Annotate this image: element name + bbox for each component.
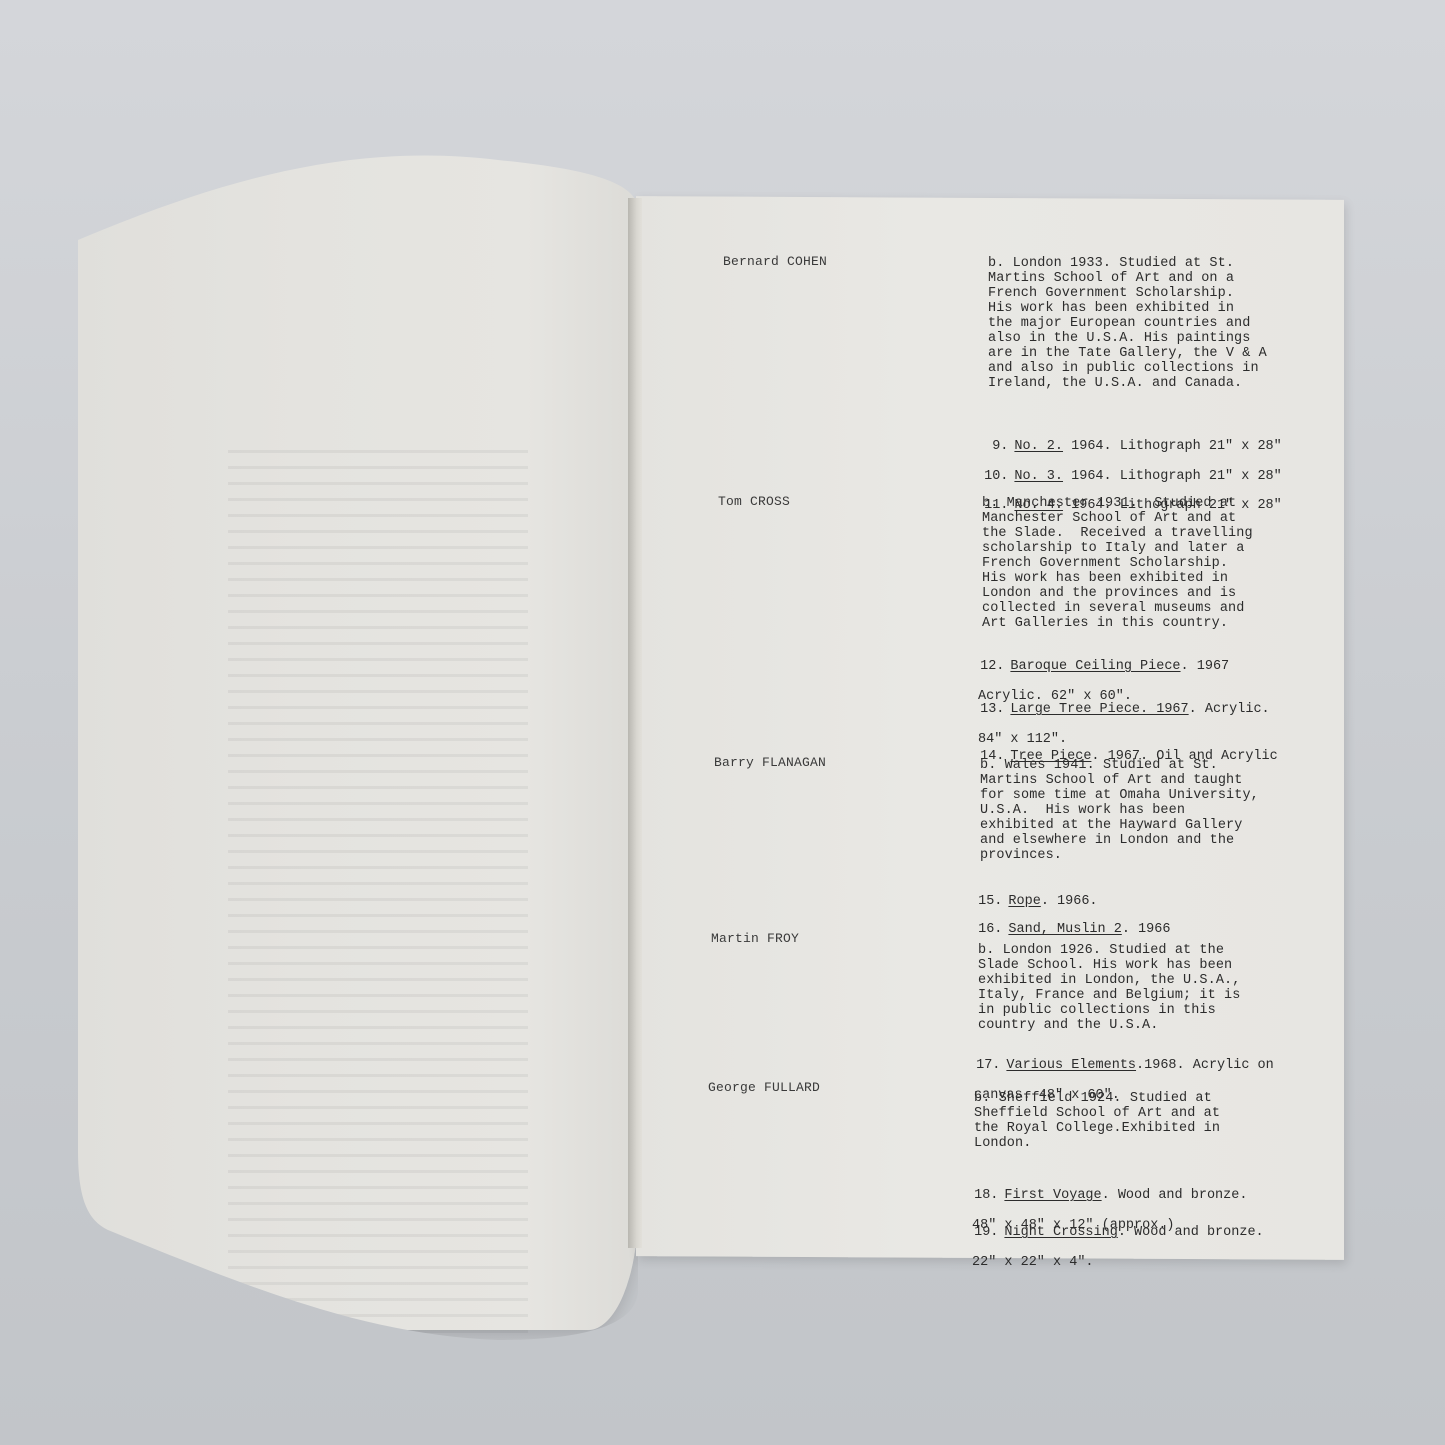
work-details: .1968. Acrylic on [1136, 1058, 1274, 1073]
work-details: . Acrylic. [1189, 702, 1270, 717]
work-title: Baroque Ceiling Piece [1010, 659, 1180, 674]
artist-bio: b. Wales 1941. Studied at St. Martins Sc… [980, 758, 1259, 863]
work-details: 1964. Lithograph 21" x 28" [1063, 439, 1282, 454]
work-title: Various Elements [1006, 1058, 1136, 1073]
work-details: . 1967 [1181, 659, 1230, 674]
entry-number: 16. [970, 922, 1002, 937]
work-title: No. 3. [1014, 469, 1063, 484]
artist-bio: b. Sheffield 1924. Studied at Sheffield … [974, 1091, 1220, 1151]
entry-number: 18. [966, 1188, 998, 1203]
artist-bio: b. Manchester 1931. Studied at Mancheste… [982, 496, 1253, 631]
work-title: Sand, Muslin 2 [1008, 922, 1121, 937]
work-title: No. 2. [1014, 439, 1063, 454]
artist-name: George FULLARD [708, 1080, 820, 1095]
artist-name: Barry FLANAGAN [714, 755, 826, 770]
entry-number: 9. [976, 439, 1008, 454]
work-details-line2: 22" x 22" x 4". [934, 1255, 1264, 1270]
work-details: . Wood and bronze. [1118, 1225, 1264, 1240]
entry-number: 19. [966, 1225, 998, 1240]
work-title: Night Crossing [1004, 1225, 1117, 1240]
artist-bio: b. London 1926. Studied at the Slade Sch… [978, 943, 1240, 1033]
entry-number: 13. [972, 702, 1004, 717]
artist-name: Bernard COHEN [723, 254, 827, 269]
work-title: Large Tree Piece. 1967 [1010, 702, 1188, 717]
work-details: . 1966 [1122, 922, 1171, 937]
entry-number: 17. [968, 1058, 1000, 1073]
work-title: First Voyage [1004, 1188, 1101, 1203]
artist-name: Martin FROY [711, 931, 799, 946]
artist-bio: b. London 1933. Studied at St. Martins S… [988, 256, 1267, 391]
artist-name: Tom CROSS [718, 494, 790, 509]
entry-number: 12. [972, 659, 1004, 674]
catalogue-page: Bernard COHEN b. London 1933. Studied at… [636, 198, 1344, 1258]
show-through-text [228, 450, 528, 1350]
work-details: 1964. Lithograph 21" x 28" [1063, 469, 1282, 484]
work-details: . Wood and bronze. [1102, 1188, 1248, 1203]
left-page-curled [78, 150, 638, 1330]
catalogue-entry: 19.Night Crossing. Wood and bronze. 22" … [934, 1210, 1264, 1300]
entry-number: 10. [976, 469, 1008, 484]
